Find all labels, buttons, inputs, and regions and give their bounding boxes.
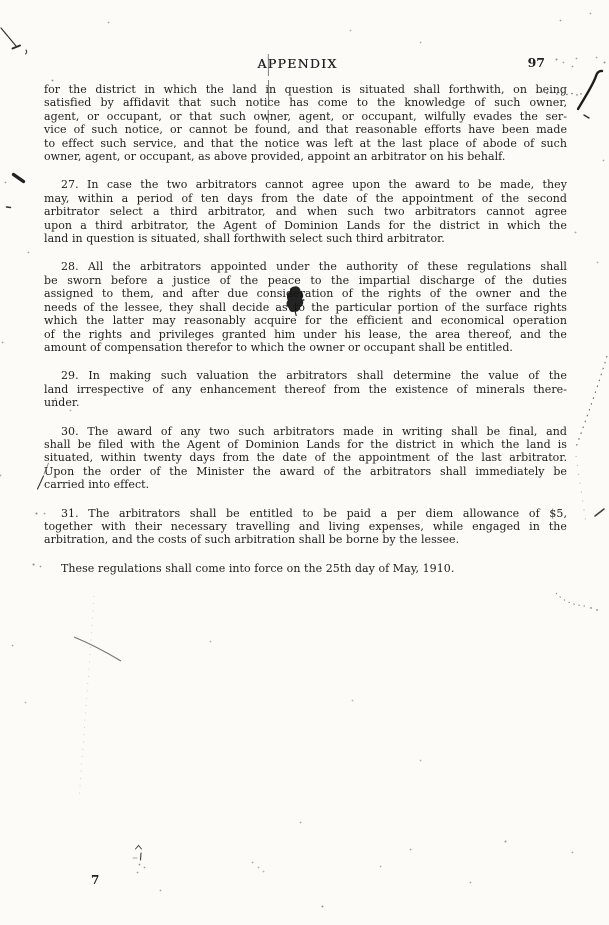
text-line: shall be filed with the Agent of Dominio… — [44, 438, 567, 451]
text-line: under. — [44, 396, 567, 409]
text-line: which the latter may reasonably acquire … — [44, 314, 567, 327]
paragraph: These regulations shall come into force … — [44, 562, 567, 575]
paragraph: for the district in which the land in qu… — [44, 83, 567, 163]
text-line: of the rights and privileges granted him… — [44, 328, 567, 341]
text-line: carried into effect. — [44, 478, 567, 491]
text-line: These regulations shall come into force … — [44, 562, 567, 575]
pencil-curve-icon — [74, 637, 121, 661]
text-line: land in question is situated, shall fort… — [44, 232, 567, 245]
text-line: needs of the lessee, they shall decide a… — [44, 301, 567, 314]
page-title: APPENDIX — [0, 56, 595, 71]
paragraph: 31. The arbitrators shall be entitled to… — [44, 507, 567, 547]
text-line: satisfied by affidavit that such notice … — [44, 96, 567, 109]
page-number: 97 — [528, 55, 545, 70]
text-line: 28. All the arbitrators appointed under … — [44, 260, 567, 273]
text-line: owner, agent, or occupant, as above prov… — [44, 150, 567, 163]
left-margin-dash-icon — [7, 207, 11, 208]
paper-specks — [0, 0, 1, 1]
text-line: 27. In case the two arbitrators cannot a… — [44, 178, 567, 191]
text-line: together with their necessary travelling… — [44, 520, 567, 533]
text-line: 29. In making such valuation the arbitra… — [44, 369, 567, 382]
text-line: situated, within twenty days from the da… — [44, 451, 567, 464]
paragraph: 30. The award of any two such arbitrator… — [44, 425, 567, 492]
scanned-document-page: APPENDIX 97 for the district in which th… — [0, 0, 609, 925]
pen-mark-top-left-icon — [1, 28, 27, 54]
bold-tick-left-margin-icon — [14, 175, 24, 182]
text-line: 30. The award of any two such arbitrator… — [44, 425, 567, 438]
text-line: may, within a period of ten days from th… — [44, 192, 567, 205]
text-line: land irrespective of any enhancement the… — [44, 383, 567, 396]
text-line: for the district in which the land in qu… — [44, 83, 567, 96]
text-line: be sworn before a justice of the peace t… — [44, 274, 567, 287]
text-line: agent, or occupant, or that such owner, … — [44, 110, 567, 123]
text-line: vice of such notice, or cannot be found,… — [44, 123, 567, 136]
pencil-notation-bottom-icon — [133, 846, 142, 861]
text-line: to effect such service, and that the not… — [44, 137, 567, 150]
text-line: Upon the order of the Minister the award… — [44, 465, 567, 478]
paragraph: 28. All the arbitrators appointed under … — [44, 260, 567, 354]
paragraph: 27. In case the two arbitrators cannot a… — [44, 178, 567, 245]
text-line: amount of compensation therefor to which… — [44, 341, 567, 354]
text-line: upon a third arbitrator, the Agent of Do… — [44, 219, 567, 232]
paragraph: 29. In making such valuation the arbitra… — [44, 369, 567, 409]
text-line: assigned to them, and after due consider… — [44, 287, 567, 300]
text-line: 31. The arbitrators shall be entitled to… — [44, 507, 567, 520]
text-line: arbitrator select a third arbitrator, an… — [44, 205, 567, 218]
signature-mark: 7 — [91, 873, 99, 887]
fold-line-icon — [79, 596, 94, 800]
text-line: arbitration, and the costs of such arbit… — [44, 533, 567, 546]
document-body: for the district in which the land in qu… — [44, 83, 567, 590]
